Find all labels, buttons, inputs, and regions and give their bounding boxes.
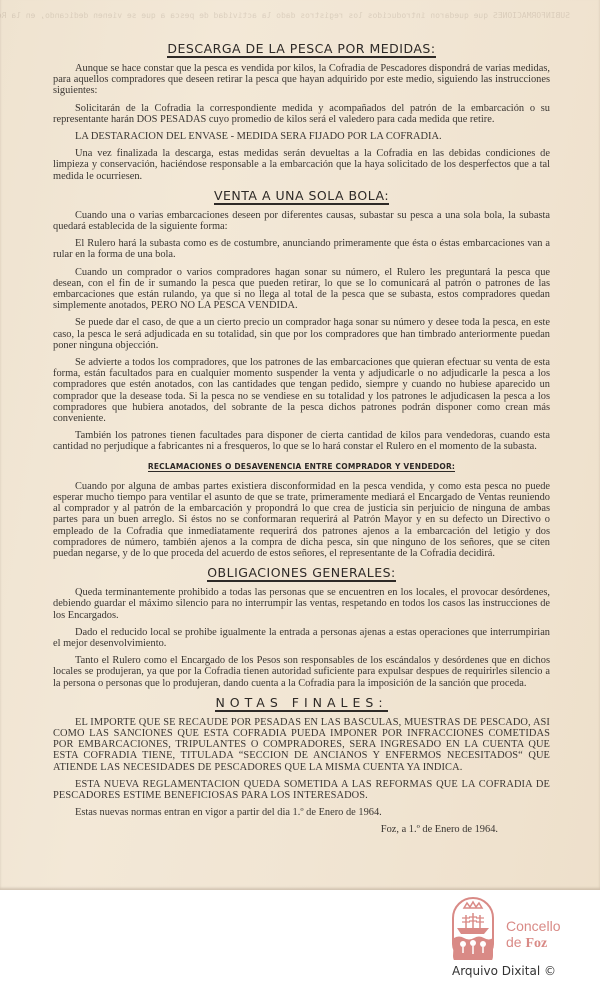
- archive-label: Arquivo Dixital ©: [452, 964, 556, 978]
- paragraph: Tanto el Rulero como el Encargado de los…: [53, 655, 550, 689]
- paragraph: Estas nuevas normas entran en vigor a pa…: [53, 807, 550, 818]
- paragraph: EL IMPORTE QUE SE RECAUDE POR PESADAS EN…: [53, 717, 550, 773]
- paragraph: LA DESTARACION DEL ENVASE - MEDIDA SERA …: [53, 131, 550, 142]
- paragraph: Solicitarán de la Cofradia la correspond…: [53, 103, 550, 125]
- paragraph: Una vez finalizada la descarga, estas me…: [53, 148, 550, 182]
- section-heading-obligaciones: OBLIGACIONES GENERALES:: [53, 565, 550, 581]
- paragraph: Aunque se hace constar que la pesca es v…: [53, 63, 550, 97]
- paragraph: El Rulero hará la subasta como es de cos…: [53, 238, 550, 260]
- archive-watermark: Concello de Foz Arquivo Dixital ©: [440, 892, 600, 988]
- paragraph: Dado el reducido local se prohibe igualm…: [53, 627, 550, 649]
- section-heading-reclamaciones: RECLAMACIONES O DESAVENENCIA ENTRE COMPR…: [53, 459, 550, 475]
- paragraph: También los patrones tienen facultades p…: [53, 430, 550, 452]
- section-heading-descarga: DESCARGA DE LA PESCA POR MEDIDAS:: [53, 41, 550, 57]
- signature-line: Foz, a 1.º de Enero de 1964.: [53, 824, 550, 835]
- paragraph: Cuando un comprador o varios compradores…: [53, 267, 550, 312]
- section-heading-venta-bola: VENTA A UNA SOLA BOLA:: [53, 188, 550, 204]
- scanned-paper: SUBINFORMACIONES que quedaron introducid…: [0, 0, 600, 890]
- concello-de-foz-crest-icon: [450, 896, 496, 960]
- brand-concello: Concello: [506, 918, 560, 934]
- paragraph: Se puede dar el caso, de que a un cierto…: [53, 317, 550, 351]
- paragraph: Queda terminantemente prohibido a todas …: [53, 587, 550, 621]
- brand-de-foz: de Foz: [506, 934, 547, 952]
- paragraph: Se advierte a todos los compradores, que…: [53, 357, 550, 424]
- section-heading-notas-finales: NOTAS FINALES:: [53, 695, 550, 711]
- bleed-through-text: SUBINFORMACIONES que quedaron introducid…: [150, 10, 570, 21]
- paragraph: Cuando una o varias embarcaciones deseen…: [53, 210, 550, 232]
- paragraph: Cuando por alguna de ambas partes existi…: [53, 481, 550, 559]
- document-body: DESCARGA DE LA PESCA POR MEDIDAS: Aunque…: [53, 41, 550, 842]
- paragraph: ESTA NUEVA REGLAMENTACION QUEDA SOMETIDA…: [53, 779, 550, 801]
